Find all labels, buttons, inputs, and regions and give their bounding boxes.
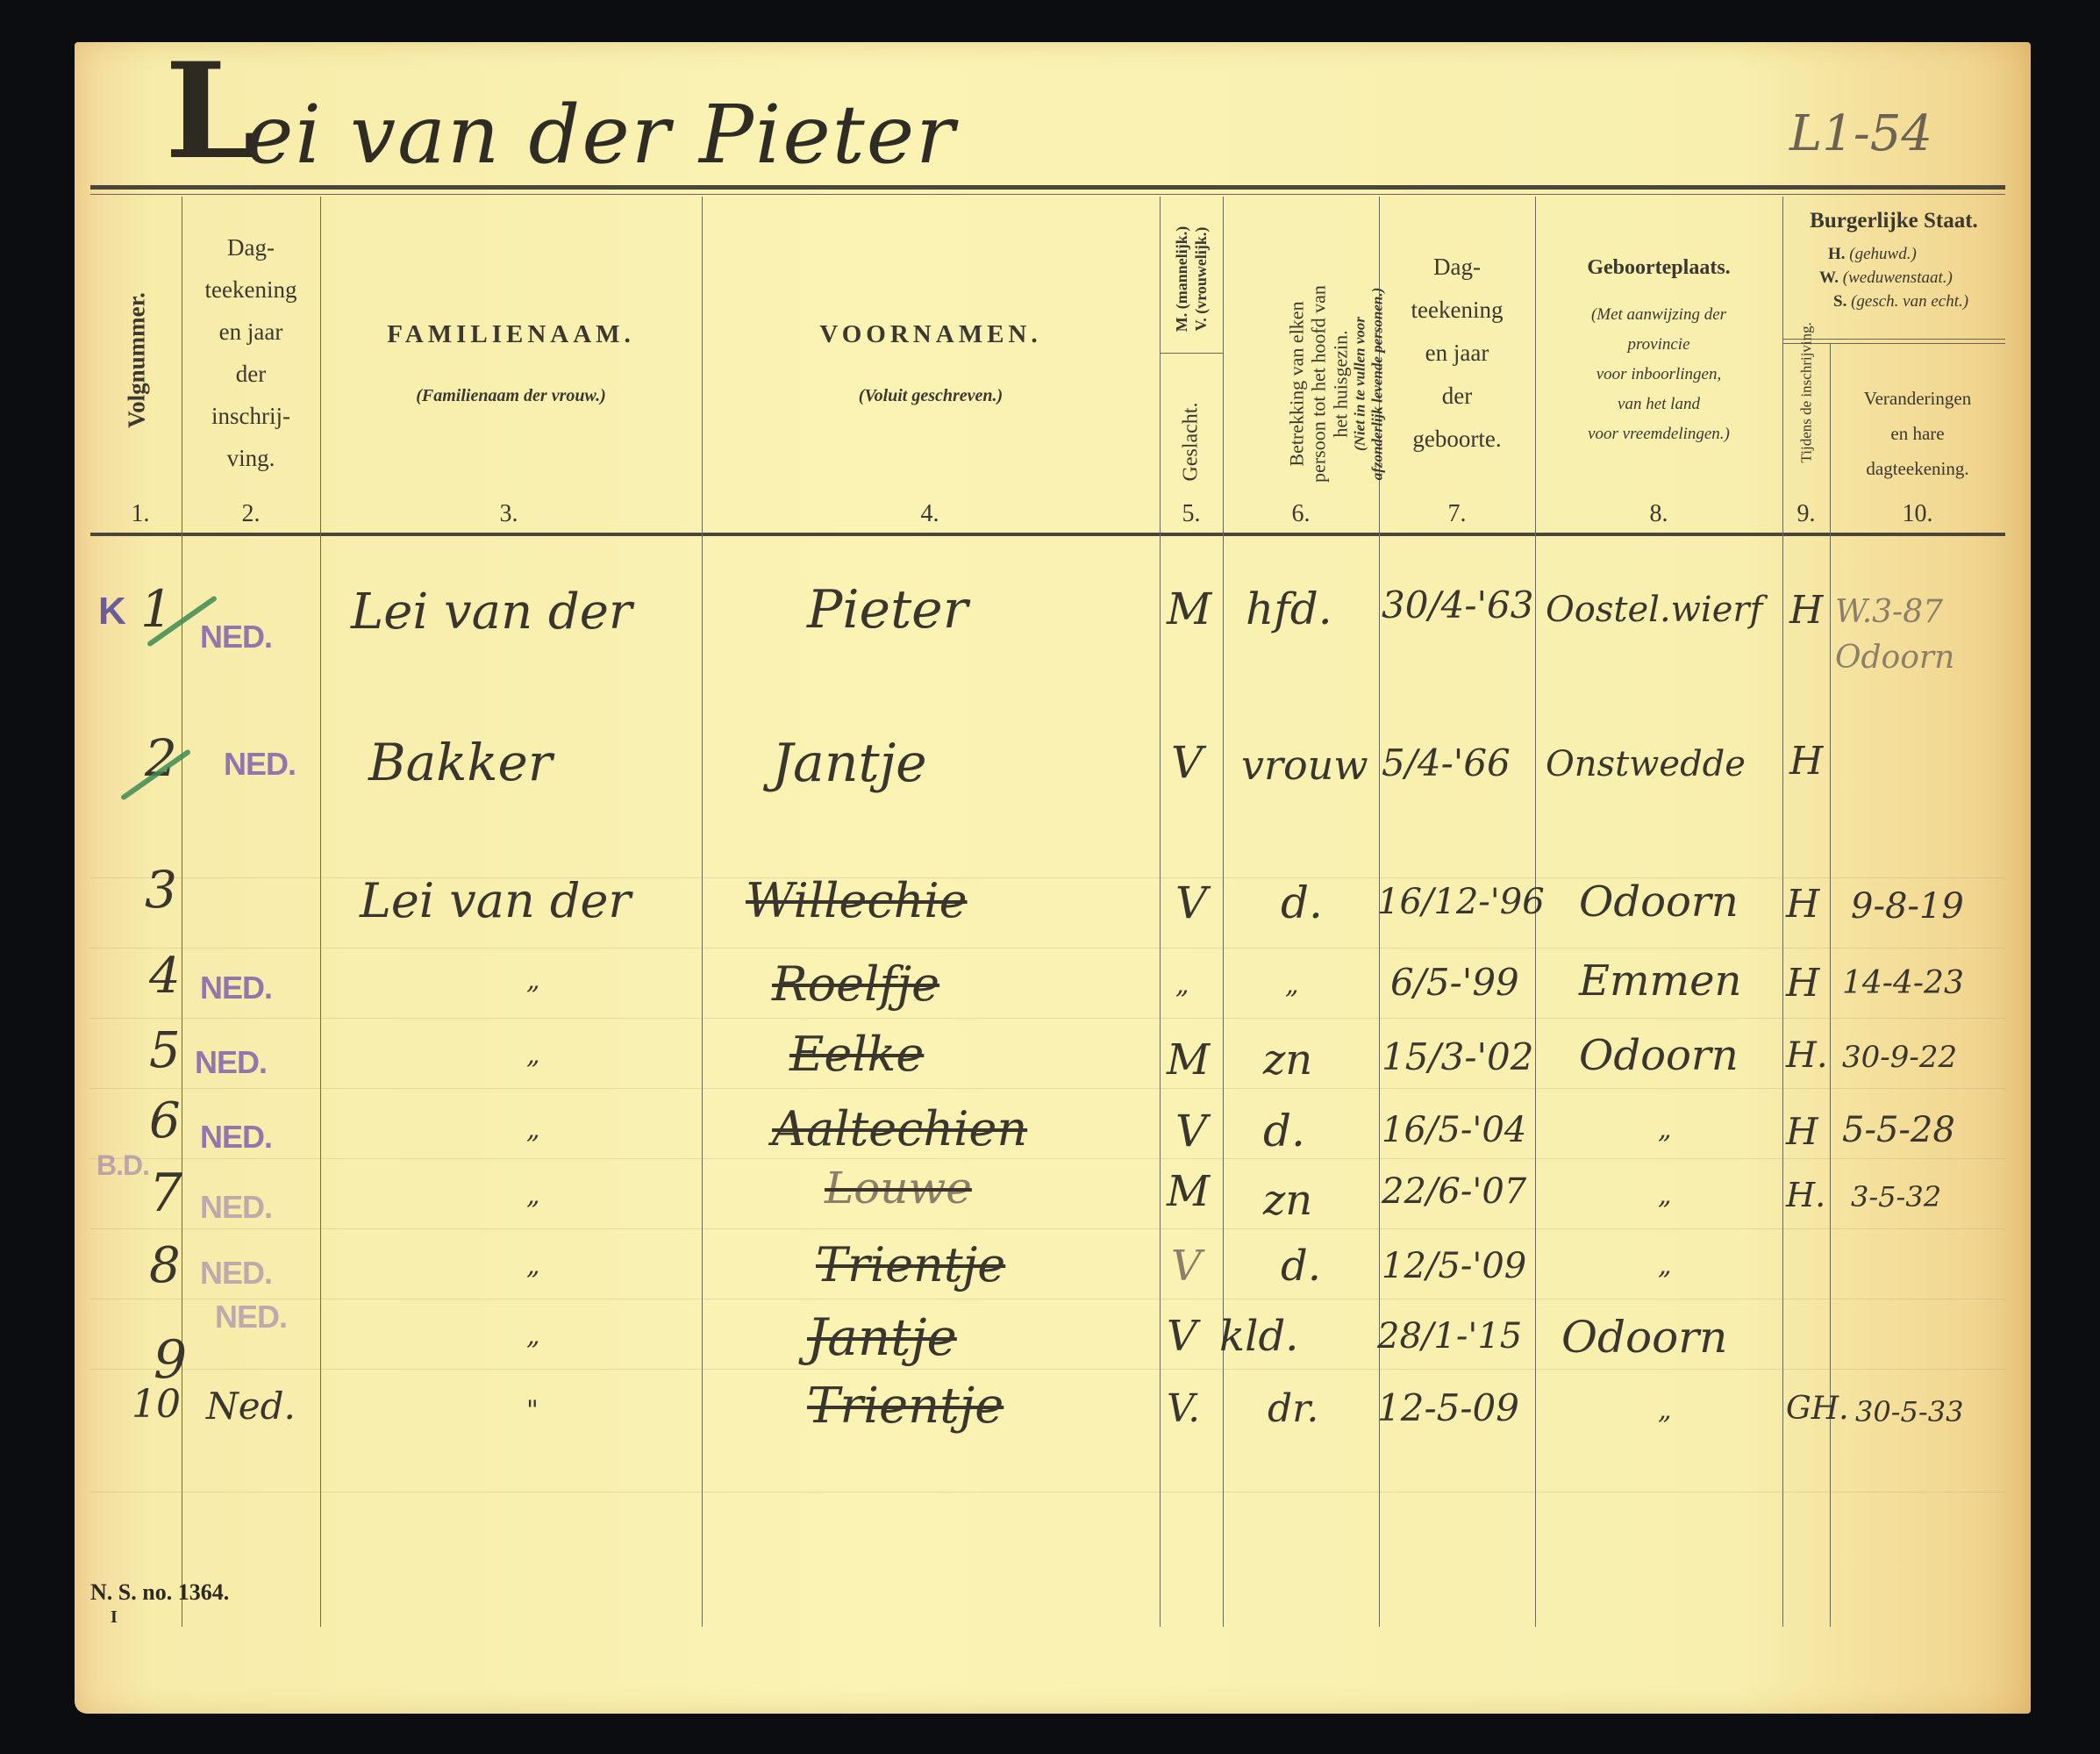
cell-geboorteplaats-ditto: „ (1658, 1250, 1672, 1281)
cell-familienaam: Lei van der (360, 873, 631, 928)
cell-geboortedatum: 6/5-'99 (1390, 961, 1519, 1004)
cell-betrekking: vrouw (1241, 741, 1368, 789)
cell-staat: H (1786, 961, 1819, 1006)
nationality-stamp-extra: NED. (215, 1299, 287, 1335)
cell-geslacht: V (1175, 877, 1207, 928)
row-number: 5 (149, 1022, 181, 1079)
cell-familienaam-ditto: „ (526, 1250, 540, 1281)
cell-familienaam-ditto: „ (526, 965, 540, 996)
col-index: 5. (1160, 500, 1223, 528)
cell-betrekking: dr. (1268, 1386, 1318, 1431)
cell-geslacht: V (1175, 1106, 1207, 1156)
corner-reference: L1-54 (1789, 105, 1932, 162)
cell-familienaam-ditto: „ (526, 1114, 540, 1145)
col-divider (1830, 344, 1831, 1627)
col-divider (320, 197, 321, 1627)
cell-geboorteplaats: Emmen (1579, 956, 1741, 1006)
cell-staat: H (1789, 588, 1823, 633)
header-voornamen: VOORNAMEN. (702, 320, 1160, 349)
cell-familienaam-ditto: „ (526, 1040, 540, 1070)
row-rule (90, 1018, 2005, 1019)
cell-voornamen: Trientje (807, 1378, 1004, 1435)
header-burgerlijke-staat: Burgerlijke Staat. (1782, 209, 2005, 233)
staat-divider-rule (1782, 343, 2005, 344)
cell-geboorteplaats: Oostel.wierf (1546, 590, 1762, 630)
title-initial: L (165, 46, 257, 177)
header-geboorteplaats: Geboorteplaats. (1535, 256, 1782, 280)
header-geslacht: Geslacht. (1180, 376, 1204, 508)
cell-geslacht: M (1167, 1035, 1210, 1085)
nationality-stamp: NED. (195, 1044, 267, 1081)
row-prefix-k: K (98, 590, 125, 634)
row-number: 6 (149, 1092, 181, 1149)
row-number: 4 (149, 948, 181, 1005)
cell-betrekking: hfd. (1246, 583, 1332, 634)
col-index: 4. (877, 500, 982, 528)
row-rule (90, 1369, 2005, 1370)
nationality-stamp: NED. (200, 619, 272, 655)
cell-familienaam: Bakker (368, 733, 553, 792)
cell-veranderingen: 3-5-32 (1851, 1180, 1941, 1213)
cell-betrekking: zn (1263, 1176, 1312, 1225)
row-rule (90, 1158, 2005, 1159)
cell-veranderingen: 30-5-33 (1855, 1395, 1963, 1428)
col-index: 10. (1830, 500, 2005, 528)
col-index: 7. (1379, 500, 1535, 528)
cell-staat: H (1786, 1110, 1818, 1153)
cell-geboorteplaats-ditto: „ (1658, 1395, 1672, 1426)
row-rule (90, 1492, 2005, 1493)
cell-geboorteplaats: Odoorn (1579, 877, 1739, 927)
cell-staat: H (1789, 739, 1823, 784)
cell-betrekking: „ (1285, 970, 1299, 1000)
header-veranderingen: Veranderingenen haredagteekening. (1830, 381, 2005, 486)
cell-geboortedatum: 12-5-09 (1377, 1386, 1519, 1429)
cell-betrekking: d. (1281, 877, 1323, 928)
cell-geboorteplaats: Onstwedde (1546, 744, 1746, 784)
row-number: 10 (132, 1382, 181, 1427)
header-dagteekening-inschrijving: Dag-teekeningen jaarderinschrij-ving. (182, 226, 320, 479)
header-volgnummer: Volgnummer. (124, 273, 151, 448)
title-handwritten-name: ei van der Pieter (246, 88, 956, 182)
cell-voornamen: Eelke (789, 1027, 924, 1082)
header-voornamen-sub: (Voluit geschreven.) (702, 386, 1160, 406)
col-index: 8. (1535, 500, 1782, 528)
cell-familienaam-ditto: " (526, 1395, 539, 1426)
staat-divider-rule (1782, 339, 2005, 340)
cell-staat: H. (1786, 1176, 1825, 1214)
col-divider (1782, 197, 1783, 1627)
header-top-rule (90, 185, 2005, 190)
cell-staat: H. (1786, 1035, 1828, 1076)
cell-geboortedatum: 5/4-'66 (1382, 741, 1511, 784)
cell-staat: GH. (1786, 1391, 1849, 1427)
header-geboorteplaats-sub: (Met aanwijzing derprovincievoor inboorl… (1535, 300, 1782, 449)
cell-geboortedatum: 16/12-'96 (1377, 882, 1545, 922)
cell-geboorteplaats-ditto: „ (1658, 1180, 1672, 1211)
nationality-stamp: NED. (200, 1119, 272, 1156)
cell-geboortedatum: 12/5-'09 (1382, 1246, 1526, 1286)
cell-geboortedatum: 30/4-'63 (1382, 583, 1534, 626)
cell-geslacht: M (1167, 1167, 1210, 1216)
cell-voornamen: Roelfje (772, 956, 939, 1012)
cell-geboorteplaats: Odoorn (1579, 1031, 1739, 1080)
row-rule (90, 1088, 2005, 1089)
row-rule (90, 1299, 2005, 1299)
header-dagteekening-geboorte: Dag-teekeningen jaardergeboorte. (1379, 246, 1535, 461)
cell-geboortedatum: 16/5-'04 (1382, 1110, 1526, 1150)
row-number: 3 (145, 860, 177, 920)
cell-betrekking: zn (1263, 1035, 1312, 1085)
header-familienaam: FAMILIENAAM. (320, 320, 702, 349)
cell-staat: H (1786, 882, 1819, 927)
cell-voornamen: Aaltechien (772, 1101, 1027, 1156)
header-geslacht-codes: M. (mannelijk.)V. (vrouwelijk.) (1172, 204, 1211, 354)
col-index: 9. (1782, 500, 1830, 528)
row-rule (90, 948, 2005, 949)
cell-betrekking: d. (1281, 1242, 1321, 1291)
cell-geslacht: V (1171, 737, 1203, 788)
cell-geboortedatum: 22/6-'07 (1382, 1171, 1526, 1212)
cell-geslacht: V. (1167, 1386, 1200, 1431)
cell-voornamen: Trientje (816, 1237, 1005, 1292)
nationality-stamp: NED. (200, 970, 272, 1006)
cell-geboorteplaats: Odoorn (1561, 1312, 1727, 1363)
col-index: 1. (114, 500, 167, 528)
cell-voornamen: Willechie (746, 873, 968, 928)
cell-geslacht: V (1171, 1242, 1202, 1291)
col-divider (1223, 197, 1224, 1627)
nationality-stamp: NED. (224, 746, 296, 783)
row-rule (90, 1228, 2005, 1229)
row-number: 8 (149, 1237, 181, 1294)
cell-veranderingen: 9-8-19 (1851, 886, 1964, 927)
col-index: 3. (456, 500, 561, 528)
nationality-stamp: NED. (200, 1189, 272, 1226)
cell-veranderingen: 14-4-23 (1842, 965, 1964, 1001)
col-divider (1160, 197, 1161, 1627)
cell-veranderingen: 30-9-22 (1842, 1040, 1957, 1075)
header-bottom-rule (90, 533, 2005, 536)
cell-voornamen: Jantje (807, 1307, 957, 1367)
cell-voornamen: Jantje (772, 733, 927, 794)
header-tijdens-inschrijving: Tijdens de inschrijving. (1798, 358, 1815, 463)
cell-voornamen: Louwe (825, 1163, 972, 1213)
cell-geboortedatum: 15/3-'02 (1382, 1035, 1534, 1078)
handwritten-nationality: Ned. (206, 1385, 296, 1428)
cell-voornamen: Pieter (807, 579, 968, 641)
col-index: 6. (1223, 500, 1379, 528)
nationality-stamp: NED. (200, 1255, 272, 1292)
form-number: N. S. no. 1364. (90, 1579, 229, 1606)
header-staat-codes: H. (gehuwd.) W. (weduwenstaat.) S. (gesc… (1809, 242, 2005, 313)
cell-veranderingen: 5-5-28 (1842, 1110, 1955, 1150)
form-number-sub: I (111, 1607, 118, 1628)
cell-geslacht: V (1167, 1312, 1197, 1361)
cell-betrekking: kld. (1219, 1312, 1298, 1361)
cell-geboorteplaats-ditto: „ (1658, 1114, 1672, 1145)
header-familienaam-sub: (Familienaam der vrouw.) (320, 386, 702, 406)
cell-geslacht: „ (1175, 970, 1189, 1000)
row-number: 7 (149, 1163, 182, 1224)
cell-geslacht: M (1167, 583, 1211, 634)
col-index: 2. (182, 500, 320, 528)
cell-veranderingen: W.3-87 Odoorn (1835, 590, 2002, 681)
col-divider (702, 197, 703, 1627)
cell-familienaam-ditto: „ (526, 1180, 540, 1211)
header-top-thin-rule (90, 194, 2005, 195)
cell-familienaam: Lei van der (351, 583, 632, 641)
cell-familienaam-ditto: „ (526, 1321, 540, 1351)
bd-stamp: B.D. (96, 1149, 149, 1182)
cell-geboortedatum: 28/1-'15 (1377, 1316, 1522, 1357)
cell-betrekking: d. (1263, 1106, 1305, 1156)
